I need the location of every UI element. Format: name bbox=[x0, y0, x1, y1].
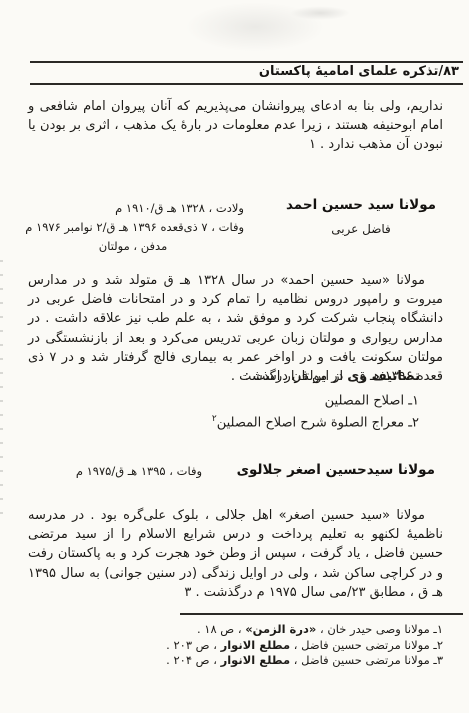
entry1-subtitle: فاضل عربی bbox=[282, 222, 440, 236]
footnote-text: ، ص ۲۰۴ . bbox=[166, 653, 220, 667]
entry1-burial-place: مدفن ، مولتان bbox=[22, 237, 244, 256]
footnote-text: ۲ـ مولانا مرتضی حسین فاضل ، bbox=[290, 638, 443, 652]
footnote-2: ۲ـ مولانا مرتضی حسین فاضل ، مطلع الانوار… bbox=[28, 638, 443, 654]
footnote-separator-rule bbox=[180, 613, 463, 615]
entry2-name: مولانا سیدحسین اصغر جلالوی bbox=[237, 462, 435, 478]
entry1-heading: مولانا سید حسین احمد فاضل عربی bbox=[282, 197, 440, 236]
entry1-works-heading: تصانیف وی از این قرار است : bbox=[245, 369, 420, 384]
work-item-text: ۲ـ معراج الصلوة شرح اصلاح المصلین bbox=[217, 416, 419, 431]
footnote-book-title: مطلع الانوار bbox=[221, 638, 290, 652]
work-item: ۱ـ اصلاح المصلین bbox=[212, 388, 419, 410]
footnote-text: ۳ـ مولانا مرتضی حسین فاضل ، bbox=[290, 653, 443, 667]
footnote-book-title: مطلع الانوار bbox=[221, 653, 290, 667]
scan-smudge bbox=[290, 6, 350, 20]
entry2-biography: مولانا «سید حسین اصغر» اهل جلالی ، بلوک … bbox=[28, 506, 443, 602]
scanned-book-page: ۸۳/تذکره علمای امامیهٔ پاکستان نداریم، و… bbox=[0, 0, 469, 713]
footnote-text: ، ص ۱۸ . bbox=[197, 622, 245, 636]
intro-paragraph: نداریم، ولی بنا به ادعای پیروانشان می‌پذ… bbox=[28, 97, 443, 155]
footnote-3: ۳ـ مولانا مرتضی حسین فاضل ، مطلع الانوار… bbox=[28, 653, 443, 669]
header-rule-bottom bbox=[30, 83, 463, 85]
scan-smudge bbox=[185, 2, 325, 52]
entry1-name: مولانا سید حسین احمد bbox=[282, 197, 440, 214]
entry1-birth-date: ولادت ، ۱۳۲۸ هـ ق/۱۹۱۰ م bbox=[22, 199, 244, 218]
scan-edge-artifact bbox=[0, 260, 3, 520]
footnotes-block: ۱ـ مولانا وصی حیدر خان ، «درة الزمن» ، ص… bbox=[28, 622, 443, 669]
work-item: ۲ـ معراج الصلوة شرح اصلاح المصلین۲ bbox=[212, 410, 419, 432]
footnote-text: ، ص ۲۰۳ . bbox=[166, 638, 220, 652]
entry2-death-date: وفات ، ۱۳۹۵ هـ ق/۱۹۷۵ م bbox=[22, 464, 202, 478]
footnote-text: ۱ـ مولانا وصی حیدر خان ، bbox=[316, 622, 443, 636]
entry1-dates: ولادت ، ۱۳۲۸ هـ ق/۱۹۱۰ م وفات ، ۷ ذی‌قعد… bbox=[22, 199, 244, 256]
work-item-text: ۱ـ اصلاح المصلین bbox=[325, 393, 419, 408]
works-heading-bold: تصانیف وی bbox=[347, 369, 420, 384]
works-heading-rest: از این قرار است : bbox=[245, 369, 348, 384]
page-header-title: ۸۳/تذکره علمای امامیهٔ پاکستان bbox=[259, 62, 459, 82]
entry1-death-date: وفات ، ۷ ذی‌قعده ۱۳۹۶ هـ ق/۲ نوامبر ۱۹۷۶… bbox=[22, 218, 244, 237]
footnote-book-title: «درة الزمن» bbox=[245, 622, 316, 636]
entry1-works-list: ۱ـ اصلاح المصلین ۲ـ معراج الصلوة شرح اصل… bbox=[212, 388, 419, 433]
footnote-1: ۱ـ مولانا وصی حیدر خان ، «درة الزمن» ، ص… bbox=[28, 622, 443, 638]
